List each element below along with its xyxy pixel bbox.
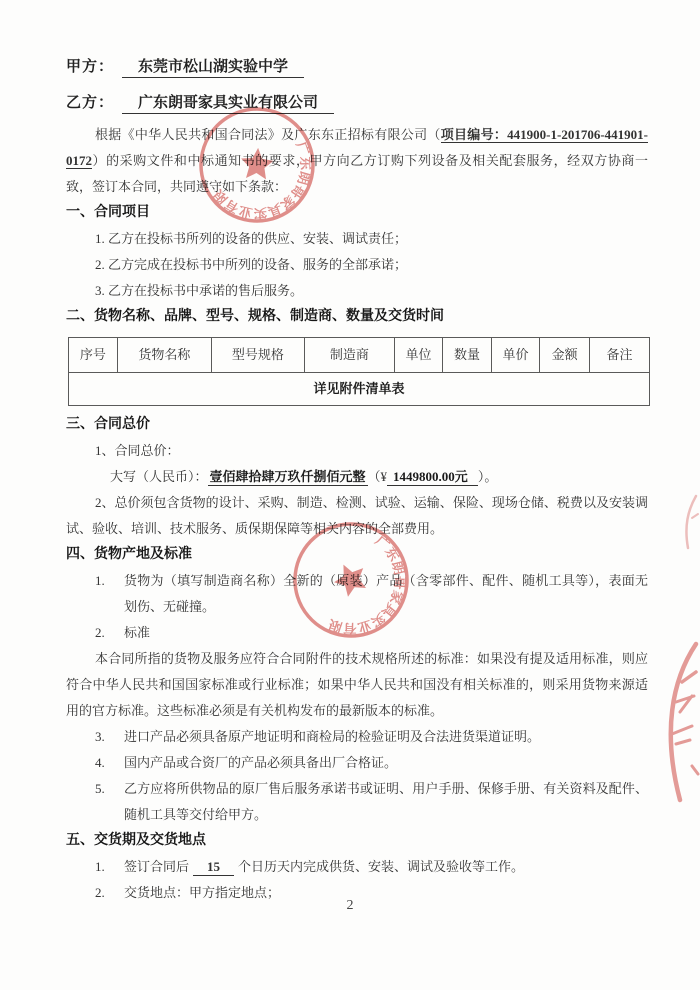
item-number: 5. [95,776,124,828]
price-paren-close: ）。 [478,469,498,484]
item-text: 标准 [124,620,648,646]
section1-item-1: 1. 乙方在投标书所列的设备的供应、安装、调试责任； [66,226,648,252]
section3-title: 三、合同总价 [66,412,648,438]
col-header-model-spec: 型号规格 [211,338,304,373]
goods-table-merged-row: 详见附件清单表 [69,373,650,406]
col-header-unit: 单位 [394,338,442,373]
delivery-before: 签订合同后 [124,859,189,874]
party-a-name: 东莞市松山湖实验中学 [122,59,304,78]
goods-table: 序号 货物名称 型号规格 制造商 单位 数量 单价 金额 备注 详见附件清单表 [68,337,650,406]
section4-item-2: 2. 标准 [66,620,648,646]
col-header-remark: 备注 [590,338,650,373]
section4-item-4: 4. 国内产品或合资厂的产品必须具备出厂合格证。 [66,750,648,776]
contract-price-line: 大写（人民币）：壹佰肆拾肆万玖仟捌佰元整（¥1449800.00元）。 [66,464,648,490]
intro-paragraph: 根据《中华人民共和国合同法》及广东东正招标有限公司（项目编号：441900-1-… [66,122,648,200]
item-text: 进口产品必须具备原产地证明和商检局的检验证明及合法进货渠道证明。 [124,724,648,750]
section1-item-2: 2. 乙方完成在投标书中所列的设备、服务的全部承诺； [66,252,648,278]
item-number: 2. [95,620,124,646]
price-prefix: 大写（人民币）： [110,469,208,484]
item-text: 国内产品或合资厂的产品必须具备出厂合格证。 [124,750,648,776]
col-header-manufacturer: 制造商 [304,338,394,373]
delivery-after: 个日历天内完成供货、安装、调试及验收等工作。 [238,859,524,874]
section1-title: 一、合同项目 [66,200,648,226]
see-attachment-note: 详见附件清单表 [69,373,650,406]
col-header-goods-name: 货物名称 [117,338,211,373]
col-header-amount: 金额 [540,338,590,373]
party-b-name: 广东朗哥家具实业有限公司 [122,95,334,114]
col-header-unit-price: 单价 [491,338,539,373]
item-number: 4. [95,750,124,776]
item-number: 3. [95,724,124,750]
col-header-seq: 序号 [69,338,118,373]
section4-standards-paragraph: 本合同所指的货物及服务应符合合同附件的技术规格所述的标准：如果没有提及适用标准，… [66,646,648,724]
item-text: 货物为（填写制造商名称）全新的（原装）产品（含零部件、配件、随机工具等），表面无… [124,568,648,620]
party-b-line: 乙方：广东朗哥家具实业有限公司 [66,92,648,114]
item-number: 1. [95,854,124,880]
party-a-line: 甲方：东莞市松山湖实验中学 [66,56,648,78]
section1-item-3: 3. 乙方在投标书中承诺的售后服务。 [66,278,648,304]
item-number: 1. [95,568,124,620]
goods-table-header-row: 序号 货物名称 型号规格 制造商 单位 数量 单价 金额 备注 [69,338,650,373]
item-text: 乙方应将所供物品的原厂售后服务承诺书或证明、用户手册、保修手册、有关资料及配件、… [124,776,648,828]
price-amount-chinese: 壹佰肆拾肆万玖仟捌佰元整 [208,469,368,486]
intro-text-after: ）的采购文件和中标通知书的要求，甲方向乙方订购下列设备及相关配套服务，经双方协商… [66,153,648,194]
price-amount-numeric: 1449800.00元 [387,469,478,486]
item-text: 签订合同后15个日历天内完成供货、安装、调试及验收等工作。 [124,854,648,880]
section4-item-3: 3. 进口产品必须具备原产地证明和商检局的检验证明及合法进货渠道证明。 [66,724,648,750]
intro-text-before: 根据《中华人民共和国合同法》及广东东正招标有限公司（ [95,127,441,142]
page-number: 2 [0,893,700,919]
section2-title: 二、货物名称、品牌、型号、规格、制造商、数量及交货时间 [66,304,648,330]
section5-item-1: 1. 签订合同后15个日历天内完成供货、安装、调试及验收等工作。 [66,854,648,880]
contract-page: 甲方：东莞市松山湖实验中学 乙方：广东朗哥家具实业有限公司 根据《中华人民共和国… [0,0,700,990]
party-a-label: 甲方： [66,59,114,75]
section3-item-2: 2、总价须包含货物的设计、采购、制造、检测、试验、运输、保险、现场仓储、税费以及… [66,490,648,542]
section4-title: 四、货物产地及标准 [66,542,648,568]
party-b-label: 乙方： [66,95,114,111]
section4-item-5: 5. 乙方应将所供物品的原厂售后服务承诺书或证明、用户手册、保修手册、有关资料及… [66,776,648,828]
delivery-days-value: 15 [193,859,234,876]
section3-item-1: 1、合同总价： [66,438,648,464]
col-header-quantity: 数量 [443,338,492,373]
contract-content: 甲方：东莞市松山湖实验中学 乙方：广东朗哥家具实业有限公司 根据《中华人民共和国… [0,0,700,906]
price-paren-open: （¥ [368,469,388,484]
section4-item-1: 1. 货物为（填写制造商名称）全新的（原装）产品（含零部件、配件、随机工具等），… [66,568,648,620]
section5-title: 五、交货期及交货地点 [66,828,648,854]
